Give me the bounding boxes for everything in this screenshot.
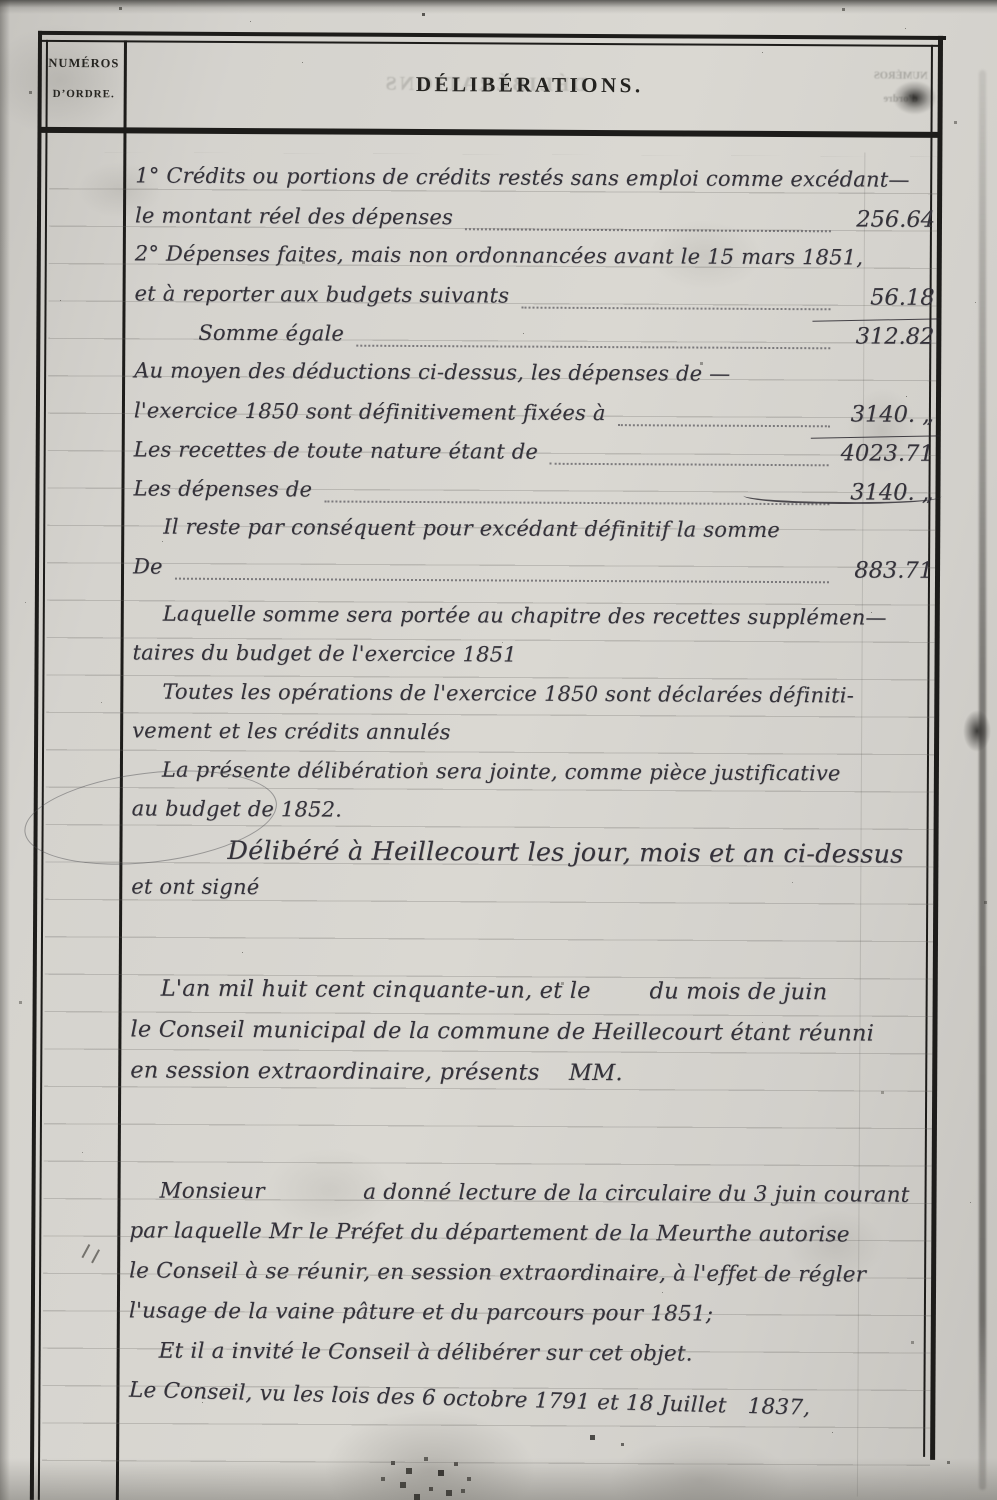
manuscript-text: et à reporter aux budgets suivants	[135, 281, 510, 307]
amount-value: 3140. „	[841, 479, 937, 506]
manuscript-text: Somme égale	[198, 321, 344, 346]
manuscript-text: Les recettes de toute nature étant de	[134, 437, 539, 463]
ink-smudge	[893, 81, 937, 115]
manuscript-line: taires du budget de l'exercice 1851	[132, 640, 936, 683]
manuscript-text: Il reste par conséquent pour excédant dé…	[163, 515, 780, 542]
manuscript-text: le Conseil municipal de la commune de He…	[130, 1016, 874, 1046]
manuscript-section-closing: Laquelle somme sera portée au chapitre d…	[131, 601, 937, 917]
manuscript-text: en session extraordinaire, présents MM.	[130, 1057, 623, 1086]
crease-ink-blot	[963, 710, 991, 752]
manuscript-line: Les dépenses de3140. „	[133, 475, 937, 518]
manuscript-line: l'exercice 1850 sont définitivement fixé…	[134, 397, 938, 440]
manuscript-text: le Conseil à se réunir, en session extra…	[129, 1258, 866, 1287]
manuscript-line: Les recettes de toute nature étant de402…	[134, 436, 938, 479]
manuscript-text: Toutes les opérations de l'exercice 1850…	[162, 680, 854, 708]
manuscript-text: Le Conseil, vu les lois des 6 octobre 17…	[129, 1378, 811, 1421]
dot-leader	[356, 345, 830, 350]
manuscript-section-prefect-circular: Monsieur a donné lecture de la circulair…	[128, 1178, 933, 1422]
binding-crease	[979, 70, 986, 1490]
manuscript-line: 2° Dépenses faites, mais non ordonnancée…	[135, 241, 939, 284]
manuscript-line: et à reporter aux budgets suivants56.18	[134, 280, 938, 323]
manuscript-line: Laquelle somme sera portée au chapitre d…	[133, 601, 937, 644]
amount-value: 56.18	[843, 284, 939, 311]
manuscript-text: Au moyen des déductions ci-dessus, les d…	[134, 358, 730, 385]
amount-value: 883.71	[841, 557, 937, 584]
amount-value: 3140. „	[842, 401, 938, 428]
scanned-register-page: NUMÉROS D’ORDRE. DÉLIBÉRATIONS DÉLIBÉRAT…	[0, 0, 997, 1500]
manuscript-line: le Conseil municipal de la commune de He…	[130, 1016, 934, 1061]
dot-leader	[618, 424, 830, 427]
manuscript-line: Au moyen des déductions ci-dessus, les d…	[134, 358, 938, 401]
printed-frame-group: NUMÉROS D’ORDRE. DÉLIBÉRATIONS DÉLIBÉRAT…	[0, 0, 997, 1500]
manuscript-text: Délibéré à Heillecourt les jour, mois et…	[227, 836, 903, 870]
manuscript-line: et ont signé	[131, 874, 935, 917]
dot-leader	[175, 578, 829, 584]
manuscript-text: Monsieur a donné lecture de la circulair…	[160, 1179, 910, 1208]
frame-top-inner	[42, 40, 942, 47]
manuscript-section-session-opening: L'an mil huit cent cinquante-un, et le d…	[130, 975, 935, 1102]
dot-leader	[550, 463, 829, 467]
page-title: DÉLIBÉRATIONS.	[126, 70, 934, 100]
amount-value: 312.82	[842, 323, 938, 350]
manuscript-line: De883.71	[133, 553, 937, 596]
manuscript-line: Et il a invité le Conseil à délibérer su…	[129, 1338, 933, 1382]
manuscript-text: Les dépenses de	[133, 476, 312, 501]
frame-top-outer	[38, 31, 946, 40]
manuscript-line: le montant réel des dépenses256.64	[135, 202, 939, 245]
manuscript-line: Monsieur a donné lecture de la circulair…	[129, 1178, 933, 1222]
manuscript-section-accounts: 1° Crédits ou portions de crédits restés…	[133, 163, 939, 596]
manuscript-line: par laquelle Mr le Préfet du département…	[129, 1218, 933, 1262]
manuscript-line: Délibéré à Heillecourt les jour, mois et…	[131, 835, 935, 878]
manuscript-text: le montant réel des dépenses	[135, 203, 453, 229]
manuscript-text: et ont signé	[131, 874, 259, 899]
manuscript-line: Somme égale312.82	[134, 319, 938, 362]
manuscript-line: le Conseil à se réunir, en session extra…	[129, 1258, 933, 1302]
amount-value: 256.64	[843, 206, 939, 233]
manuscript-text: Et il a invité le Conseil à délibérer su…	[159, 1339, 693, 1367]
manuscript-line: Il reste par conséquent pour excédant dé…	[133, 514, 937, 557]
manuscript-line: 1° Crédits ou portions de crédits restés…	[135, 163, 939, 206]
manuscript-text: 1° Crédits ou portions de crédits restés…	[135, 163, 910, 191]
amount-value: 4023.71	[841, 440, 938, 467]
dot-leader	[324, 500, 829, 505]
manuscript-text: vement et les crédits annulés	[132, 718, 451, 744]
order-number-column-header: NUMÉROS D’ORDRE.	[44, 56, 124, 100]
manuscript-line: Toutes les opérations de l'exercice 1850…	[132, 679, 936, 722]
manuscript-text: 2° Dépenses faites, mais non ordonnancée…	[135, 241, 863, 269]
manuscript-text: l'exercice 1850 sont définitivement fixé…	[134, 398, 606, 425]
manuscript-line: L'an mil huit cent cinquante-un, et le d…	[131, 975, 935, 1020]
manuscript-text: par laquelle Mr le Préfet du département…	[129, 1218, 849, 1247]
manuscript-text: De	[133, 554, 163, 578]
order-header-line1: NUMÉROS	[44, 56, 124, 71]
dot-leader	[521, 307, 830, 311]
manuscript-line: vement et les crédits annulés	[132, 718, 936, 761]
manuscript-line: l'usage de la vaine pâture et du parcour…	[129, 1298, 933, 1342]
manuscript-line: en session extraordinaire, présents MM.	[130, 1057, 934, 1102]
manuscript-text: L'an mil huit cent cinquante-un, et le d…	[161, 976, 828, 1006]
order-header-line2: D’ORDRE.	[44, 88, 124, 100]
manuscript-text: La présente délibération sera jointe, co…	[162, 758, 841, 786]
manuscript-text: Laquelle somme sera portée au chapitre d…	[163, 602, 887, 630]
manuscript-text: l'usage de la vaine pâture et du parcour…	[129, 1298, 713, 1326]
dot-leader	[465, 228, 831, 232]
manuscript-text: taires du budget de l'exercice 1851	[133, 640, 517, 666]
header-separator-rule	[41, 127, 939, 138]
